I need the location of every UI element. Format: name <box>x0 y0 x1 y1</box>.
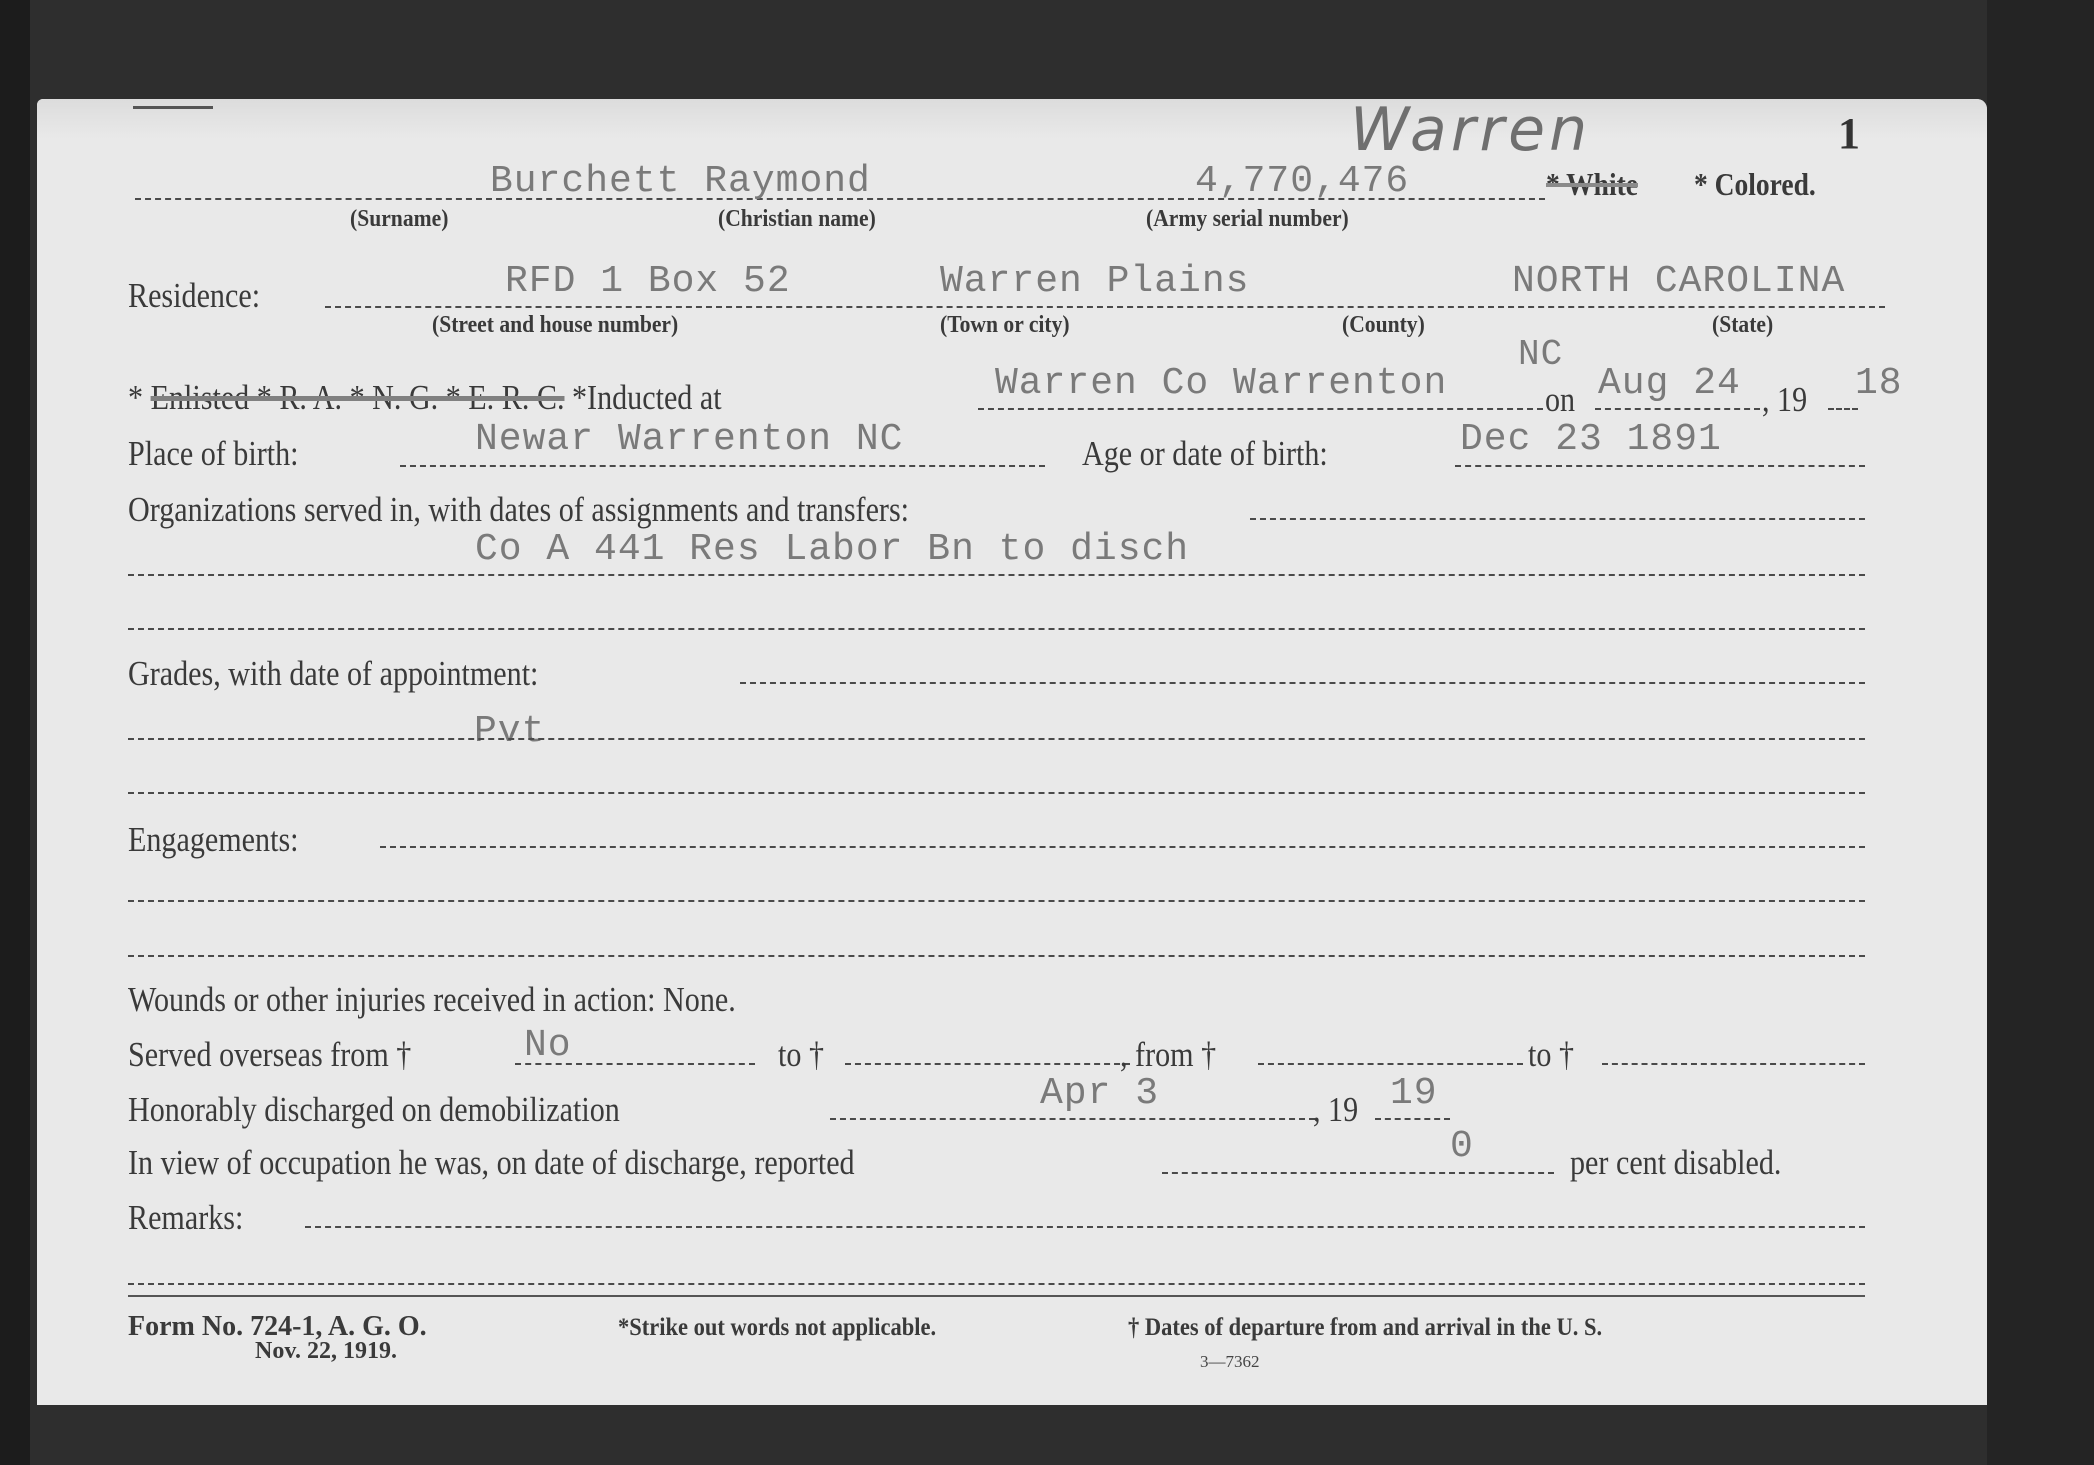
overseas-to2-label: to † <box>1528 1035 1574 1075</box>
christian-name-label: (Christian name) <box>718 206 876 233</box>
date-of-birth-line <box>1455 465 1865 467</box>
grades-line-2 <box>128 792 1865 794</box>
strike-out-note: *Strike out words not applicable. <box>618 1314 936 1342</box>
date-of-birth-value: Dec 23 1891 <box>1460 418 1722 461</box>
surname-value: Burchett Raymond <box>490 160 871 203</box>
street-label: (Street and house number) <box>432 312 678 339</box>
wounds-value: None. <box>663 980 736 1019</box>
place-of-birth-line <box>400 465 1045 467</box>
discharge-label: Honorably discharged on demobilization <box>128 1090 620 1130</box>
inducted-date-line <box>1595 408 1760 410</box>
wounds-label: Wounds or other injuries received in act… <box>128 980 656 1019</box>
scan-background-right <box>1987 0 2094 1465</box>
town-label: (Town or city) <box>940 312 1070 339</box>
scan-background-left <box>0 0 30 1465</box>
engagements-line-1 <box>128 900 1865 902</box>
handwritten-county-note: Warren <box>1350 95 1591 165</box>
organizations-line-2 <box>128 628 1865 630</box>
card-number: 1 <box>1838 108 1860 159</box>
inducted-label: *Inducted at <box>572 378 722 417</box>
serial-number-label: (Army serial number) <box>1146 206 1349 233</box>
overseas-from-value: No <box>524 1024 572 1067</box>
inducted-year-prefix: , 19 <box>1762 380 1807 420</box>
inducted-place-line <box>978 408 1543 410</box>
footer-rule <box>128 1295 1865 1297</box>
race-white-option: * White <box>1546 166 1638 203</box>
corner-mark <box>133 106 213 109</box>
remarks-line-2 <box>128 1283 1865 1285</box>
dagger-note: † Dates of departure from and arrival in… <box>1128 1314 1602 1342</box>
organizations-label: Organizations served in, with dates of a… <box>128 490 909 530</box>
disability-label: In view of occupation he was, on date of… <box>128 1143 855 1183</box>
inducted-place-value: Warren Co Warrenton <box>995 362 1447 405</box>
serial-number-value: 4,770,476 <box>1195 160 1409 203</box>
discharge-year-value: 19 <box>1390 1072 1438 1115</box>
enlistment-options: * Enlisted * R. A. * N. G. * E. R. C. *I… <box>128 378 722 418</box>
engagements-line-2 <box>128 955 1865 957</box>
disability-value: 0 <box>1450 1125 1474 1168</box>
wounds-row: Wounds or other injuries received in act… <box>128 980 736 1020</box>
residence-town-value: Warren Plains <box>940 260 1249 303</box>
place-of-birth-label: Place of birth: <box>128 434 299 474</box>
date-of-birth-label: Age or date of birth: <box>1082 434 1328 474</box>
grades-value: Pvt <box>474 710 545 753</box>
discharge-year-prefix: , 19 <box>1313 1090 1358 1130</box>
grades-line-1 <box>128 738 1865 740</box>
overseas-label: Served overseas from † <box>128 1035 411 1075</box>
form-date: Nov. 22, 1919. <box>255 1338 397 1365</box>
organizations-line-1 <box>128 574 1865 576</box>
inducted-year-value: 18 <box>1855 362 1903 405</box>
on-label: on <box>1545 380 1575 420</box>
race-colored-option: * Colored. <box>1694 166 1816 203</box>
overseas-from2-label: , from † <box>1120 1035 1216 1075</box>
grades-label: Grades, with date of appointment: <box>128 654 538 694</box>
organizations-value: Co A 441 Res Labor Bn to disch <box>475 528 1189 571</box>
overseas-to-label: to † <box>778 1035 824 1075</box>
discharge-date-value: Apr 3 <box>1040 1072 1159 1115</box>
disability-suffix: per cent disabled. <box>1570 1143 1781 1183</box>
inducted-state-superscript: NC <box>1518 334 1563 375</box>
place-of-birth-value: Newar Warrenton NC <box>475 418 903 461</box>
surname-label: (Surname) <box>350 206 448 233</box>
struck-enlistment-options: Enlisted * R. A. * N. G. * E. R. C. <box>151 378 565 417</box>
residence-line <box>325 306 1885 308</box>
county-label: (County) <box>1342 312 1425 339</box>
remarks-label: Remarks: <box>128 1198 243 1238</box>
inducted-date-value: Aug 24 <box>1598 362 1741 405</box>
engagements-label: Engagements: <box>128 820 299 860</box>
remarks-line-1 <box>305 1226 1865 1228</box>
residence-street-value: RFD 1 Box 52 <box>505 260 791 303</box>
print-code: 3—7362 <box>1200 1352 1260 1372</box>
residence-label: Residence: <box>128 276 260 316</box>
state-label: (State) <box>1712 312 1773 339</box>
residence-state-value: NORTH CAROLINA <box>1512 260 1845 303</box>
